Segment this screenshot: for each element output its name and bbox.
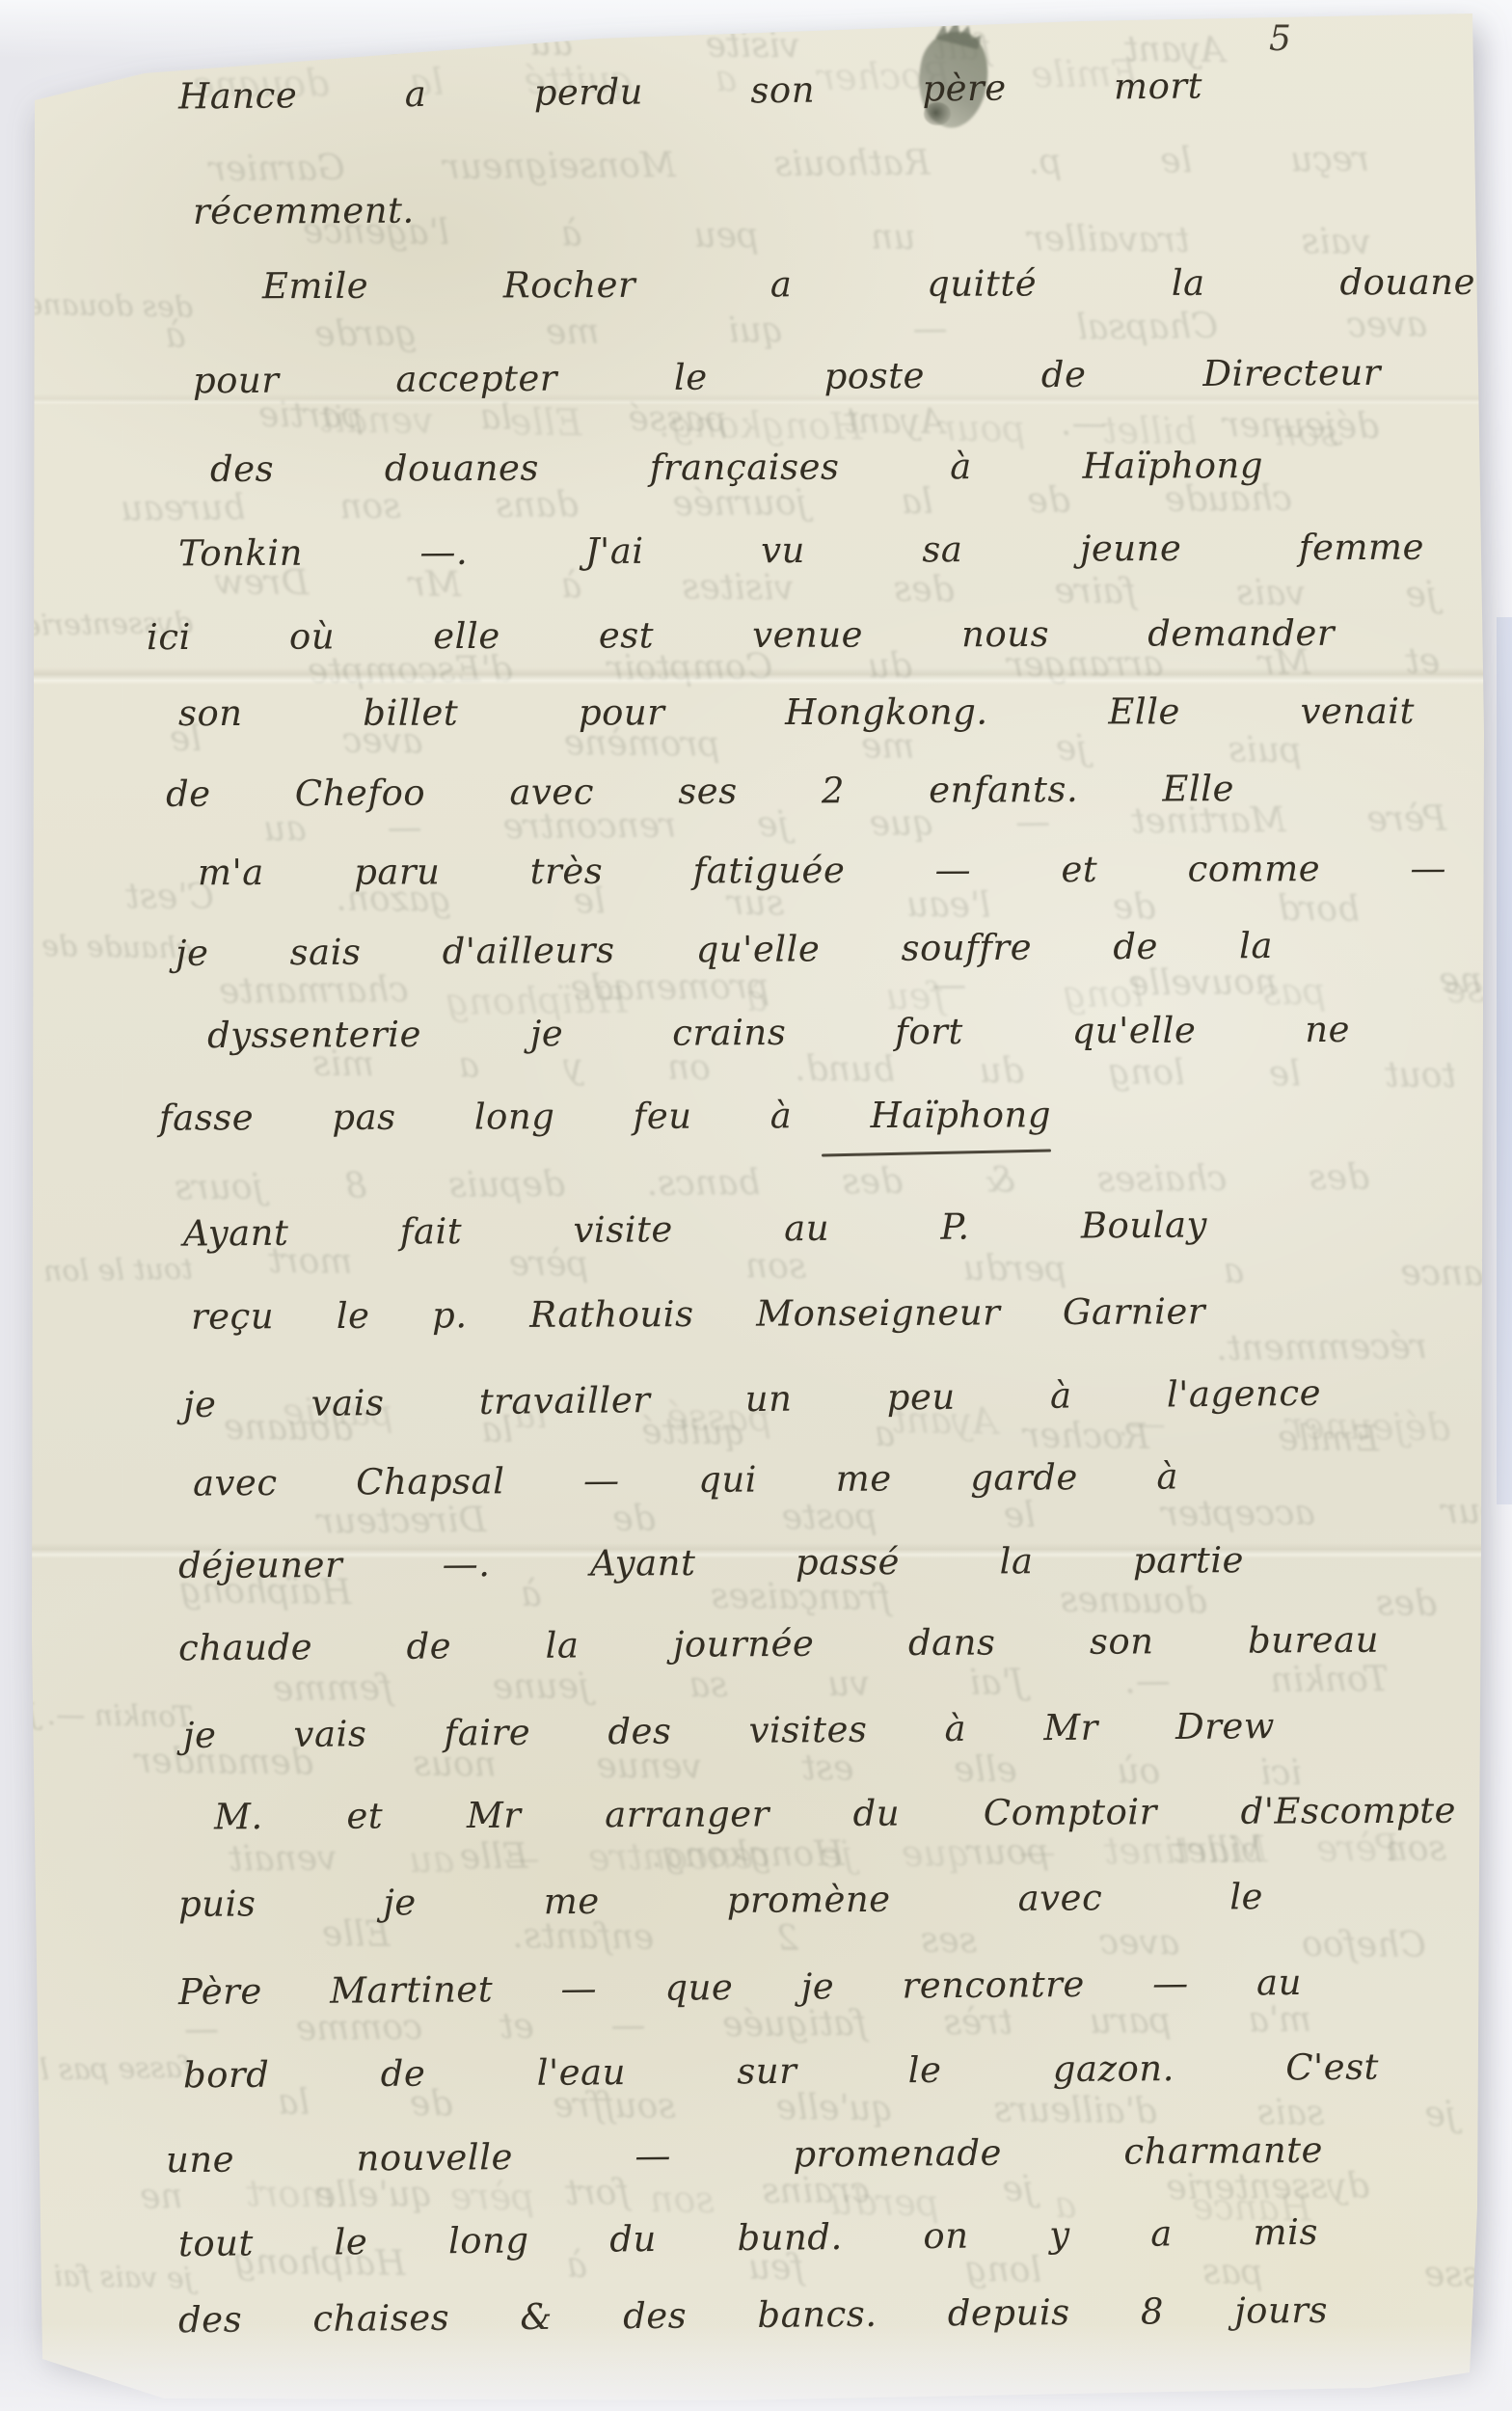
handwritten-line: fasse pas long feu à Haïphong <box>159 1093 1051 1140</box>
underline-haiphong <box>822 1150 1051 1157</box>
handwritten-line: ici où elle est venue nous demander <box>147 611 1335 661</box>
letter-page: Ayant fait visite au P. Boulayreçu le p.… <box>0 0 1512 2411</box>
bleedthrough-stroke: des douanes <box>29 288 194 325</box>
handwritten-line: des chaises & des bancs. depuis 8 jours <box>178 2289 1328 2343</box>
handwritten-line: puis je me promène avec le <box>178 1875 1263 1927</box>
bleedthrough-stroke: déjeuner —. Ayant passé la partie <box>258 395 1379 447</box>
paper-shadow: Ayant fait visite au P. Boulayreçu le p.… <box>0 0 1512 2411</box>
handwritten-line: Ayant fait visite au P. Boulay <box>183 1203 1207 1257</box>
bleedthrough-stroke: Ayant fait visite au P. Boulay <box>116 19 1225 70</box>
handwritten-line: déjeuner —. Ayant passé la partie <box>178 1538 1244 1588</box>
bleedthrough-stroke: fasse pas l <box>29 2051 194 2088</box>
bleedthrough-stroke: tout le lon <box>29 1253 194 1289</box>
handwritten-line: des douanes françaises à Haïphong <box>210 444 1263 492</box>
handwritten-line: Hance a perdu son père mort <box>178 64 1202 119</box>
handwritten-line: chaude de la journée dans son bureau <box>178 1618 1379 1671</box>
handwritten-line: son billet pour Hongkong. Elle venait <box>178 690 1415 736</box>
handwritten-line: une nouvelle — promenade charmante <box>166 2128 1323 2183</box>
photo-background: Ayant fait visite au P. Boulayreçu le p.… <box>0 0 1512 2411</box>
handwritten-line: dyssenterie je crains fort qu'elle ne <box>207 1008 1350 1058</box>
handwritten-line: je vais travailler un peu à l'agence <box>183 1371 1321 1428</box>
handwritten-line: Emile Rocher a quitté la douane <box>262 260 1475 310</box>
handwritten-line: récemment. <box>193 188 511 234</box>
bleedthrough-stroke: reçu le p. Rathouis Monseigneur Garnier <box>209 140 1369 189</box>
handwritten-line: je sais d'ailleurs qu'elle souffre de la <box>175 924 1273 976</box>
handwritten-line: avec Chapsal — qui me garde à <box>193 1454 1178 1505</box>
handwritten-line: tout le long du bund. on y a mis <box>178 2210 1318 2267</box>
handwritten-line: de Chefoo avec ses 2 enfants. Elle <box>166 767 1234 817</box>
page-number: 5 <box>1269 19 1336 59</box>
fold-crease <box>0 667 1512 685</box>
handwritten-line: pour accepter le poste de Directeur <box>193 351 1381 404</box>
handwritten-line: Tonkin —. J'ai vu sa jeune femme <box>178 526 1424 577</box>
handwritten-line: M. et Mr arranger du Comptoir d'Escompte <box>214 1789 1456 1840</box>
handwritten-line: je vais faire des visites à Mr Drew <box>183 1704 1275 1758</box>
handwritten-line: bord de l'eau sur le gazon. C'est <box>183 2045 1379 2099</box>
handwritten-line: Père Martinet — que je rencontre — au <box>178 1961 1302 2015</box>
bleedthrough-stroke: je vais fai <box>29 2260 194 2296</box>
bleedthrough-stroke: avec Chapsal — qui me garde à <box>165 305 1427 355</box>
handwritten-line: m'a paru très fatiguée — et comme — <box>198 847 1446 896</box>
handwritten-line: reçu le p. Rathouis Monseigneur Garnier <box>191 1289 1205 1340</box>
bleedthrough-stroke: Tonkin —. J <box>29 1698 194 1735</box>
bleedthrough-stroke: des chaises & des bancs. depuis 8 jours <box>175 1158 1369 1208</box>
bleedthrough-stroke: chaude de l <box>29 930 194 966</box>
